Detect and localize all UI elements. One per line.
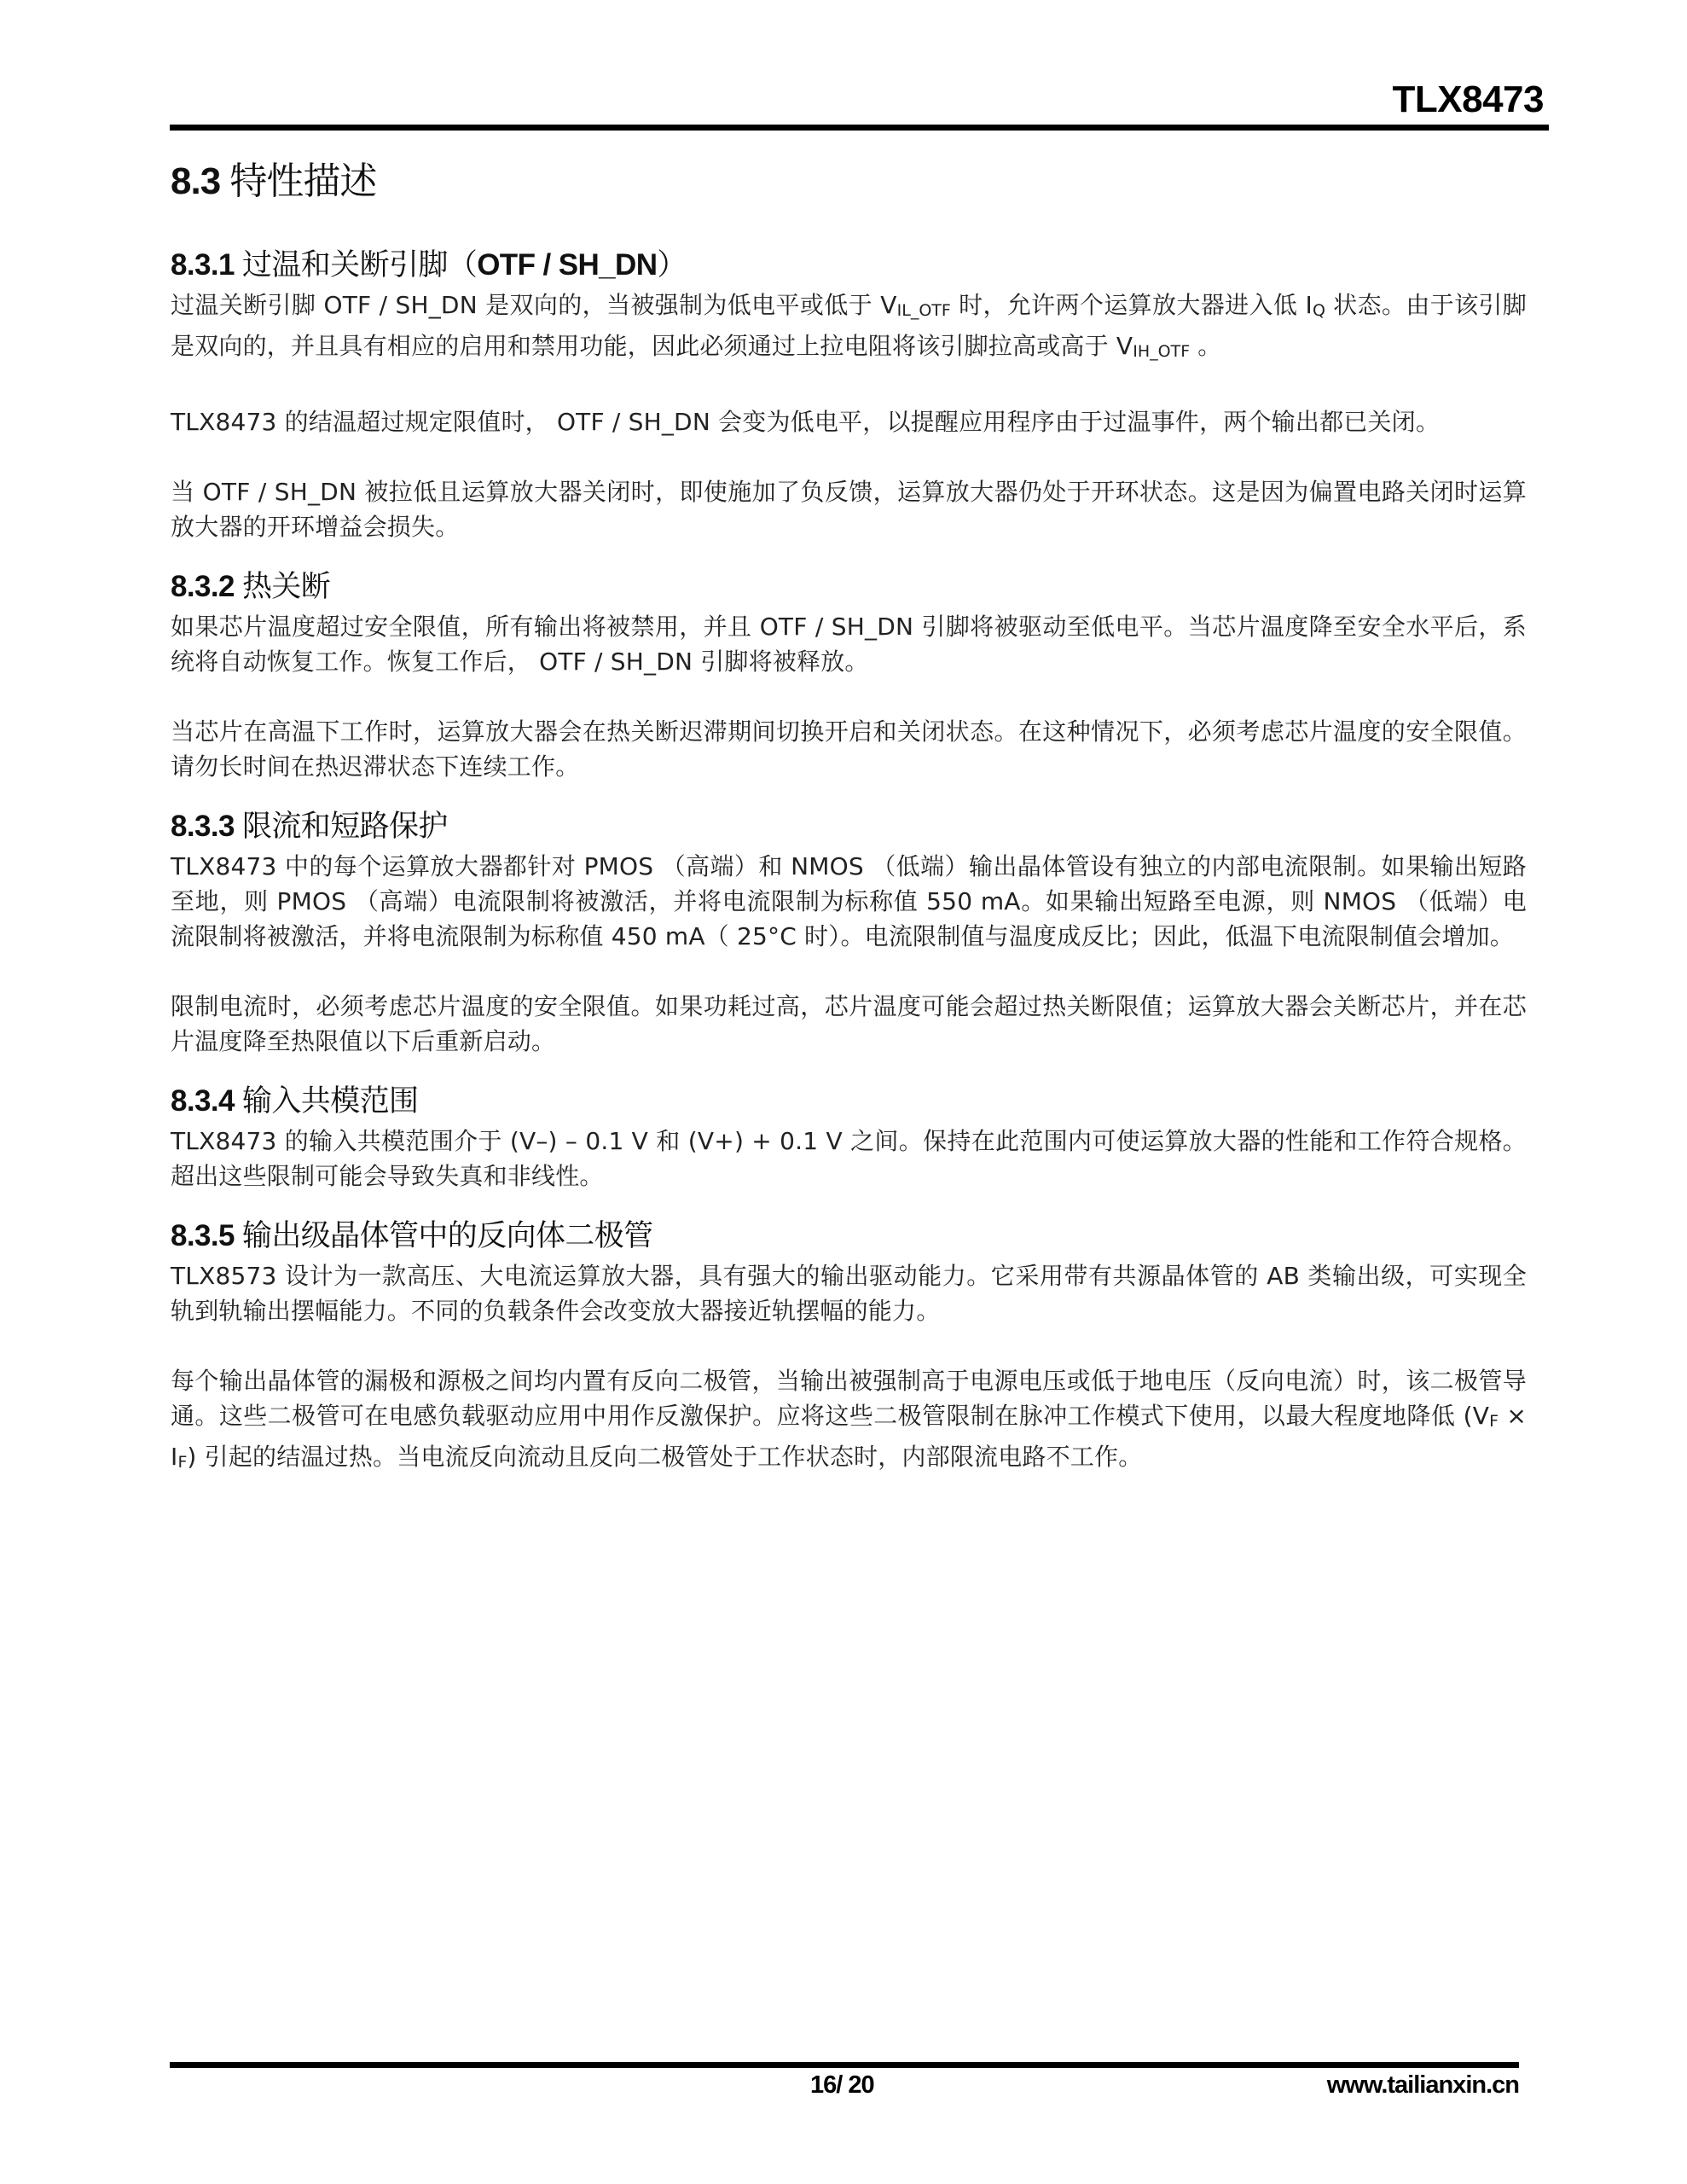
section-number: 8.3 [171,160,220,202]
paragraph: TLX8573 设计为一款高压、大电流运算放大器，具有强大的输出驱动能力。它采用… [171,1258,1527,1328]
paragraph: 如果芯片温度超过安全限值，所有输出将被禁用，并且 OTF / SH_DN 引脚将… [171,609,1527,679]
paragraph: 过温关断引脚 OTF / SH_DN 是双向的，当被强制为低电平或低于 VIL_… [171,288,1527,369]
subsection-8-3-4: 8.3.4 输入共模范围 TLX8473 的输入共模范围介于 (V–) – 0.… [171,1081,1527,1194]
section-title: 特性描述 [229,160,376,202]
paragraph: TLX8473 的结温超过规定限值时， OTF / SH_DN 会变为低电平，以… [171,404,1527,439]
document-id: TLX8473 [1393,78,1544,121]
subsection-heading: 8.3.2 热关断 [171,566,1527,607]
subsection-8-3-3: 8.3.3 限流和短路保护 TLX8473 中的每个运算放大器都针对 PMOS … [171,806,1527,1059]
paragraph: 当 OTF / SH_DN 被拉低且运算放大器关闭时，即使施加了负反馈，运算放大… [171,474,1527,544]
section-heading: 8.3 特性描述 [171,158,1527,206]
subsection-8-3-5: 8.3.5 输出级晶体管中的反向体二极管 TLX8573 设计为一款高压、大电流… [171,1216,1527,1480]
paragraph: TLX8473 中的每个运算放大器都针对 PMOS （高端）和 NMOS （低端… [171,849,1527,954]
subsection-8-3-2: 8.3.2 热关断 如果芯片温度超过安全限值，所有输出将被禁用，并且 OTF /… [171,566,1527,784]
page-number: 16/ 20 [810,2071,874,2100]
header-rule [170,125,1549,131]
subsection-heading: 8.3.1 过温和关断引脚（OTF / SH_DN） [171,245,1527,286]
subsection-heading: 8.3.4 输入共模范围 [171,1081,1527,1122]
paragraph: TLX8473 的输入共模范围介于 (V–) – 0.1 V 和 (V+) + … [171,1124,1527,1194]
subsection-heading: 8.3.3 限流和短路保护 [171,806,1527,847]
website-link[interactable]: www.tailianxin.cn [1327,2071,1519,2100]
page-content: 8.3 特性描述 8.3.1 过温和关断引脚（OTF / SH_DN） 过温关断… [171,158,1527,1480]
paragraph: 每个输出晶体管的漏极和源极之间均内置有反向二极管，当输出被强制高于电源电压或低于… [171,1363,1527,1480]
subsection-8-3-1: 8.3.1 过温和关断引脚（OTF / SH_DN） 过温关断引脚 OTF / … [171,245,1527,544]
footer-rule [170,2062,1519,2068]
subsection-heading: 8.3.5 输出级晶体管中的反向体二极管 [171,1216,1527,1257]
paragraph: 限制电流时，必须考虑芯片温度的安全限值。如果功耗过高，芯片温度可能会超过热关断限… [171,989,1527,1059]
paragraph: 当芯片在高温下工作时，运算放大器会在热关断迟滞期间切换开启和关闭状态。在这种情况… [171,714,1527,784]
